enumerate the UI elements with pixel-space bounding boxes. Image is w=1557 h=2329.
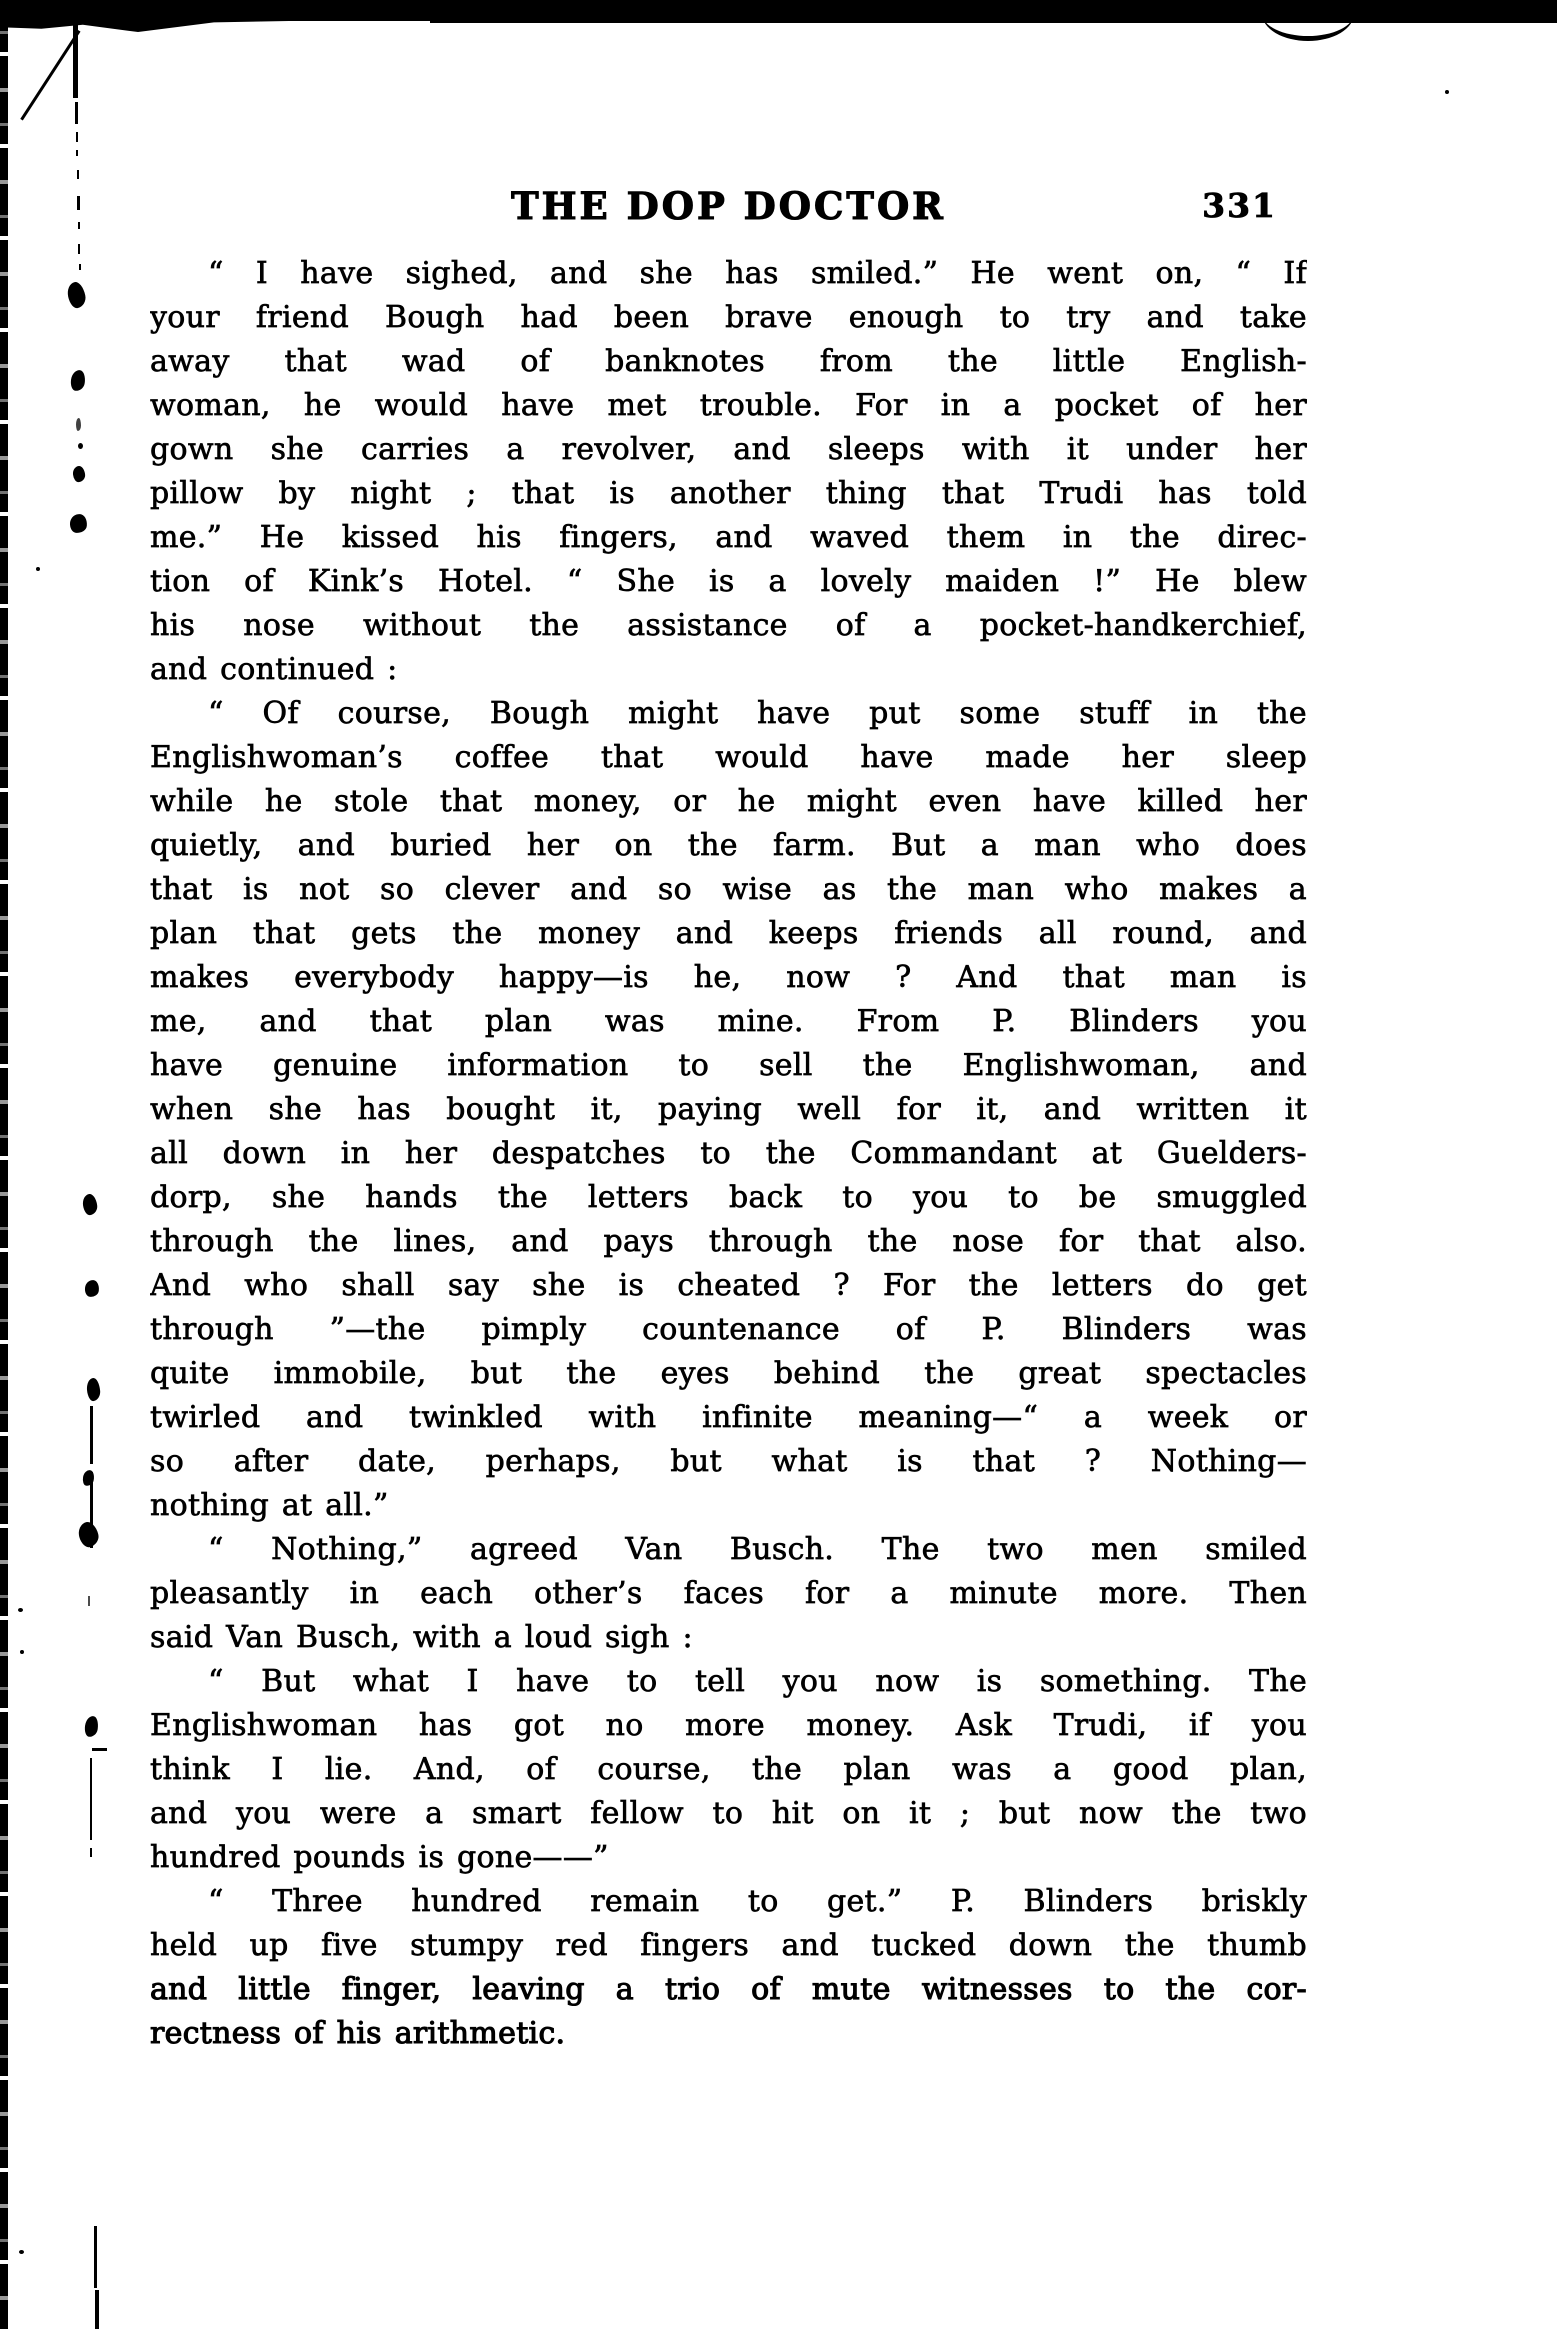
ink-mark	[84, 1279, 100, 1297]
text-line: me, and that plan was mine. From P. Blin…	[150, 1000, 1307, 1044]
paragraph: “ But what I have to tell you now is som…	[150, 1660, 1307, 1880]
text-line: all down in her despatches to the Comman…	[150, 1132, 1307, 1176]
page-edge-tear	[0, 0, 8, 2329]
ink-mark	[20, 30, 80, 120]
text-line: and little finger, leaving a trio of mut…	[150, 1968, 1307, 2012]
ink-mark	[76, 150, 78, 156]
ink-mark	[1445, 90, 1449, 94]
ink-mark	[78, 222, 80, 229]
ink-mark	[79, 264, 81, 270]
scan-edge-band	[430, 19, 1557, 23]
text-line: have genuine information to sell the Eng…	[150, 1044, 1307, 1088]
ink-mark	[90, 1758, 92, 1840]
ink-mark	[19, 2250, 24, 2254]
text-line: “ Three hundred remain to get.” P. Blind…	[150, 1880, 1307, 1924]
ink-mark	[18, 1608, 23, 1612]
ink-mark	[92, 1748, 107, 1751]
text-line: plan that gets the money and keeps frien…	[150, 912, 1307, 956]
text-line: me.” He kissed his fingers, and waved th…	[150, 516, 1307, 560]
scan-edge-band	[0, 0, 1557, 21]
text-line: dorp, she hands the letters back to you …	[150, 1176, 1307, 1220]
ink-mark	[76, 132, 78, 142]
ink-mark	[94, 2226, 97, 2288]
ink-mark	[82, 1193, 99, 1216]
book-page: THE DOP DOCTOR 331 “ I have sighed, and …	[0, 0, 1557, 2329]
paragraph: “ Nothing,” agreed Van Busch. The two me…	[150, 1528, 1307, 1660]
text-line: Englishwoman has got no more money. Ask …	[150, 1704, 1307, 1748]
text-line: through ”—the pimply countenance of P. B…	[150, 1308, 1307, 1352]
scan-edge-band	[0, 16, 345, 32]
page-curl-mark	[1262, 8, 1354, 41]
text-line: And who shall say she is cheated ? For t…	[150, 1264, 1307, 1308]
text-line: gown she carries a revolver, and sleeps …	[150, 428, 1307, 472]
text-line: rectness of his arithmetic.	[150, 2012, 1307, 2056]
text-line: think I lie. And, of course, the plan wa…	[150, 1748, 1307, 1792]
text-line: “ Nothing,” agreed Van Busch. The two me…	[150, 1528, 1307, 1572]
ink-mark	[70, 369, 87, 392]
ink-mark	[90, 1848, 92, 1857]
ink-mark	[84, 1715, 100, 1738]
ink-mark	[90, 1472, 93, 1548]
ink-mark	[76, 1520, 101, 1549]
ink-mark	[76, 418, 81, 431]
page-number: 331	[1202, 186, 1277, 225]
ink-mark	[72, 465, 86, 482]
paragraph: “ Of course, Bough might have put some s…	[150, 692, 1307, 1528]
ink-mark	[78, 443, 83, 449]
ink-mark	[86, 1377, 101, 1401]
text-line: Englishwoman’s coffee that would have ma…	[150, 736, 1307, 780]
text-line: pleasantly in each other’s faces for a m…	[150, 1572, 1307, 1616]
text-block: “ I have sighed, and she has smiled.” He…	[150, 252, 1307, 2056]
text-line: that is not so clever and so wise as the…	[150, 868, 1307, 912]
text-line: nothing at all.”	[150, 1484, 1307, 1528]
text-line: when she has bought it, paying well for …	[150, 1088, 1307, 1132]
text-line: so after date, perhaps, but what is that…	[150, 1440, 1307, 1484]
text-line: away that wad of banknotes from the litt…	[150, 340, 1307, 384]
ink-mark	[95, 2290, 99, 2329]
ink-mark	[73, 22, 78, 98]
text-line: woman, he would have met trouble. For in…	[150, 384, 1307, 428]
ink-mark	[65, 281, 87, 310]
ink-mark	[77, 196, 80, 210]
ink-mark	[36, 567, 40, 571]
ink-mark	[90, 1406, 93, 1464]
text-line: said Van Busch, with a loud sigh :	[150, 1616, 1307, 1660]
running-title: THE DOP DOCTOR	[511, 184, 946, 228]
text-line: tion of Kink’s Hotel. “ She is a lovely …	[150, 560, 1307, 604]
text-line: pillow by night ; that is another thing …	[150, 472, 1307, 516]
text-line: “ But what I have to tell you now is som…	[150, 1660, 1307, 1704]
text-line: “ I have sighed, and she has smiled.” He…	[150, 252, 1307, 296]
text-line: through the lines, and pays through the …	[150, 1220, 1307, 1264]
text-line: and continued :	[150, 648, 1307, 692]
text-line: hundred pounds is gone——”	[150, 1836, 1307, 1880]
text-line: held up five stumpy red fingers and tuck…	[150, 1924, 1307, 1968]
ink-mark	[75, 102, 78, 124]
page-header: THE DOP DOCTOR 331	[150, 184, 1307, 230]
ink-mark	[77, 170, 79, 179]
text-line: twirled and twinkled with infinite meani…	[150, 1396, 1307, 1440]
text-line: “ Of course, Bough might have put some s…	[150, 692, 1307, 736]
text-line: his nose without the assistance of a poc…	[150, 604, 1307, 648]
paragraph: “ I have sighed, and she has smiled.” He…	[150, 252, 1307, 692]
ink-mark	[69, 513, 88, 533]
text-line: quite immobile, but the eyes behind the …	[150, 1352, 1307, 1396]
ink-mark	[88, 1596, 90, 1606]
ink-mark	[78, 244, 80, 254]
paragraph: “ Three hundred remain to get.” P. Blind…	[150, 1880, 1307, 2056]
ink-mark	[82, 1469, 96, 1487]
text-line: and you were a smart fellow to hit on it…	[150, 1792, 1307, 1836]
text-line: your friend Bough had been brave enough …	[150, 296, 1307, 340]
ink-mark	[20, 1650, 24, 1654]
text-line: makes everybody happy—is he, now ? And t…	[150, 956, 1307, 1000]
text-line: while he stole that money, or he might e…	[150, 780, 1307, 824]
text-line: quietly, and buried her on the farm. But…	[150, 824, 1307, 868]
